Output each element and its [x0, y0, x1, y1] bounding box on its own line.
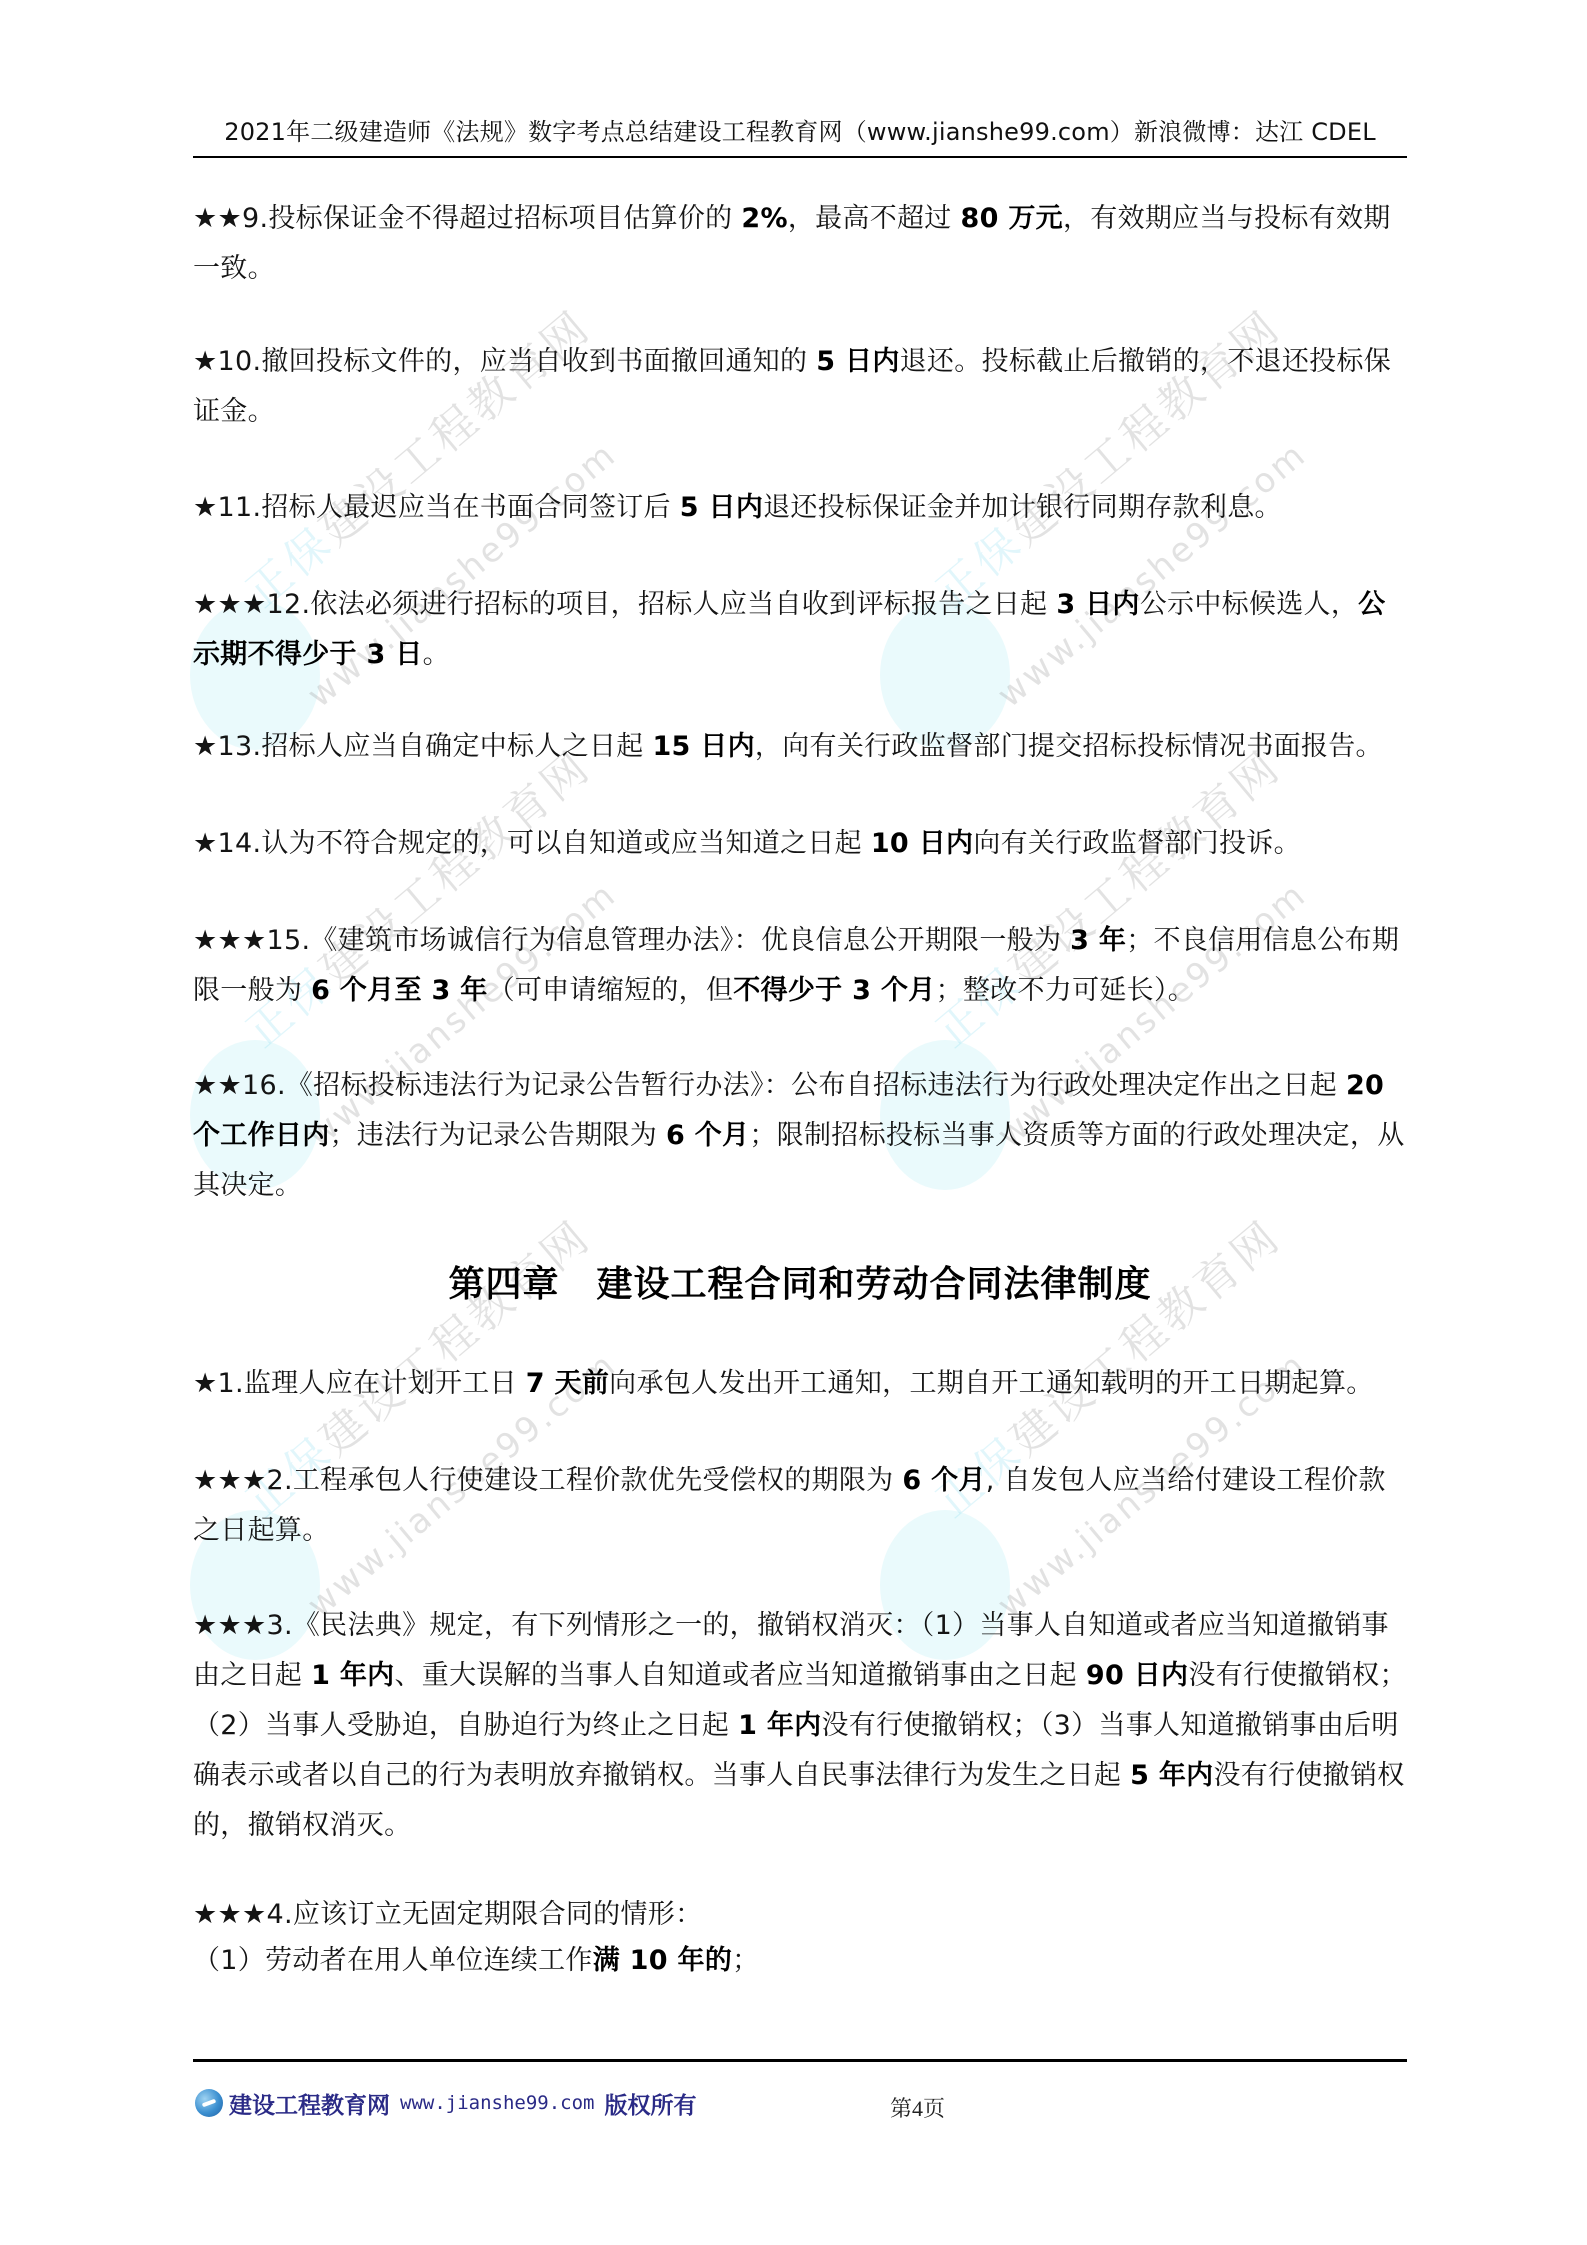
emphasis-text: 6 个月 [666, 1120, 749, 1151]
emphasis-text: 5 年内 [1130, 1760, 1213, 1791]
emphasis-text: 6 个月 [902, 1465, 985, 1496]
point-item-4: ★★★4.应该订立无固定期限合同的情形： [193, 1890, 1407, 1940]
footer-brand: 建设工程教育网 [229, 2087, 390, 2120]
footer-url: www.jianshe99.com [400, 2092, 594, 2114]
body-text: （1）劳动者在用人单位连续工作 [193, 1945, 593, 1976]
page-header: 2021年二级建造师《法规》数字考点总结建设工程教育网（www.jianshe9… [193, 112, 1407, 147]
page-number: 第4页 [890, 2092, 945, 2123]
body-text: ★10.撤回投标文件的，应当自收到书面撤回通知的 [193, 346, 816, 377]
body-text: ，向有关行政监督部门提交招标投标情况书面报告。 [755, 731, 1383, 762]
emphasis-text: 90 日内 [1086, 1660, 1188, 1691]
emphasis-text: 不得少于 3 个月 [733, 975, 935, 1006]
body-text: 向有关行政监督部门投诉。 [973, 828, 1301, 859]
point-item-14: ★14.认为不符合规定的，可以自知道或应当知道之日起 10 日内向有关行政监督部… [193, 819, 1407, 869]
body-text: ；整改不力可延长）。 [936, 975, 1196, 1006]
body-text: （可申请缩短的，但 [488, 975, 734, 1006]
emphasis-text: 1 年内 [738, 1710, 821, 1741]
point-item-11: ★11.招标人最迟应当在书面合同签订后 5 日内退还投标保证金并加计银行同期存款… [193, 483, 1407, 533]
body-text: ；违法行为记录公告期限为 [330, 1120, 666, 1151]
body-text: 。 [423, 639, 450, 670]
point-item-16: ★★16.《招标投标违法行为记录公告暂行办法》：公布自招标违法行为行政处理决定作… [193, 1061, 1407, 1211]
emphasis-text: 1 年内 [311, 1660, 394, 1691]
emphasis-text: 3 年 [1070, 925, 1126, 956]
point-item-15: ★★★15.《建筑市场诚信行为信息管理办法》：优良信息公开期限一般为 3 年；不… [193, 916, 1407, 1016]
body-text: ★★★15.《建筑市场诚信行为信息管理办法》：优良信息公开期限一般为 [193, 925, 1070, 956]
emphasis-text: 5 日内 [680, 492, 763, 523]
point-item-1: ★1.监理人应在计划开工日 7 天前向承包人发出开工通知，工期自开工通知载明的开… [193, 1359, 1407, 1409]
body-text: 退还投标保证金并加计银行同期存款利息。 [763, 492, 1282, 523]
point-item-3: ★★★3.《民法典》规定，有下列情形之一的，撤销权消灭：（1）当事人自知道或者应… [193, 1601, 1407, 1851]
footer-divider [193, 2059, 1407, 2062]
body-text: ★★9.投标保证金不得超过招标项目估算价的 [193, 203, 741, 234]
body-text: ★★★12.依法必须进行招标的项目，招标人应当自收到评标报告之日起 [193, 589, 1056, 620]
point-item-13: ★13.招标人应当自确定中标人之日起 15 日内，向有关行政监督部门提交招标投标… [193, 722, 1407, 772]
emphasis-text: 2% [741, 203, 787, 234]
brand-logo-icon [195, 2089, 223, 2117]
point-item-2: ★★★2.工程承包人行使建设工程价款优先受偿权的期限为 6 个月, 自发包人应当… [193, 1456, 1407, 1556]
point-item-9: ★★9.投标保证金不得超过招标项目估算价的 2%，最高不超过 80 万元，有效期… [193, 194, 1407, 294]
point-item-4-sub-1: （1）劳动者在用人单位连续工作满 10 年的； [193, 1936, 1407, 1986]
body-text: ★★16.《招标投标违法行为记录公告暂行办法》：公布自招标违法行为行政处理决定作… [193, 1070, 1346, 1101]
emphasis-text: 15 日内 [652, 731, 754, 762]
emphasis-text: 7 天前 [526, 1368, 609, 1399]
body-text: 公示中标候选人， [1140, 589, 1358, 620]
footer-brand-block: 建设工程教育网 www.jianshe99.com 版权所有 [195, 2086, 696, 2120]
point-item-12: ★★★12.依法必须进行招标的项目，招标人应当自收到评标报告之日起 3 日内公示… [193, 580, 1407, 680]
body-text: 、重大误解的当事人自知道或者应当知道撤销事由之日起 [394, 1660, 1085, 1691]
body-text: ； [732, 1945, 759, 1976]
body-text: 向承包人发出开工通知，工期自开工通知载明的开工日期起算。 [609, 1368, 1373, 1399]
chapter-title: 第四章 建设工程合同和劳动合同法律制度 [193, 1256, 1407, 1307]
body-text: ★13.招标人应当自确定中标人之日起 [193, 731, 652, 762]
body-text: ★★★2.工程承包人行使建设工程价款优先受偿权的期限为 [193, 1465, 902, 1496]
body-text: ★1.监理人应在计划开工日 [193, 1368, 526, 1399]
emphasis-text: 3 日内 [1056, 589, 1139, 620]
emphasis-text: 5 日内 [816, 346, 899, 377]
emphasis-text: 10 日内 [871, 828, 973, 859]
header-divider [193, 156, 1407, 158]
point-item-10: ★10.撤回投标文件的，应当自收到书面撤回通知的 5 日内退还。投标截止后撤销的… [193, 337, 1407, 437]
emphasis-text: 80 万元 [961, 203, 1063, 234]
emphasis-text: 满 10 年的 [593, 1945, 732, 1976]
body-text: ★11.招标人最迟应当在书面合同签订后 [193, 492, 680, 523]
footer-rights: 版权所有 [604, 2087, 696, 2120]
body-text: ，最高不超过 [788, 203, 961, 234]
emphasis-text: 6 个月至 3 年 [311, 975, 487, 1006]
body-text: ★★★4.应该订立无固定期限合同的情形： [193, 1899, 702, 1930]
body-text: ★14.认为不符合规定的，可以自知道或应当知道之日起 [193, 828, 871, 859]
